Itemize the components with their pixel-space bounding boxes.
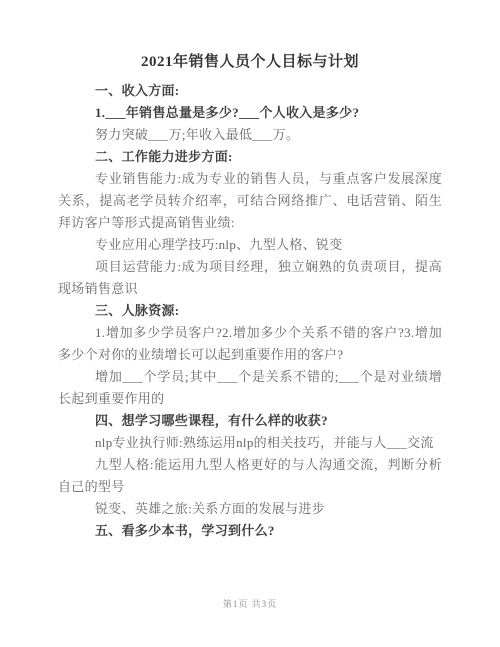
section-heading: 1.___年销售总量是多少?___个人收入是多少? [58,102,442,124]
section-heading: 五、看多少本书，学习到什么? [58,520,442,542]
document-title: 2021年销售人员个人目标与计划 [0,52,500,72]
document-page: 2021年销售人员个人目标与计划 一、收入方面:1.___年销售总量是多少?__… [0,0,500,647]
section-heading: 二、工作能力进步方面: [58,146,442,168]
section-heading: 三、人脉资源: [58,300,442,322]
paragraph: 专业销售能力:成为专业的销售人员，与重点客户发展深度关系，提高老学员转介绍率，可… [58,168,442,234]
paragraph: nlp专业执行师:熟练运用nlp的相关技巧，并能与人___交流 [58,432,442,454]
document-body: 一、收入方面:1.___年销售总量是多少?___个人收入是多少?努力突破___万… [58,80,442,542]
paragraph: 项目运营能力:成为项目经理，独立娴熟的负责项目，提高现场销售意识 [58,256,442,300]
paragraph: 锐变、英雄之旅:关系方面的发展与进步 [58,498,442,520]
paragraph: 九型人格:能运用九型人格更好的与人沟通交流，判断分析自己的型号 [58,454,442,498]
paragraph: 1.增加多少学员客户?2.增加多少个关系不错的客户?3.增加多少个对你的业绩增长… [58,322,442,366]
section-heading: 一、收入方面: [58,80,442,102]
paragraph: 努力突破___万;年收入最低___万。 [58,124,442,146]
section-heading: 四、想学习哪些课程，有什么样的收获? [58,410,442,432]
paragraph: 增加___个学员;其中___个是关系不错的;___个是对业绩增长起到重要作用的 [58,366,442,410]
paragraph: 专业应用心理学技巧:nlp、九型人格、锐变 [58,234,442,256]
page-number-footer: 第1页 共3页 [0,597,500,611]
